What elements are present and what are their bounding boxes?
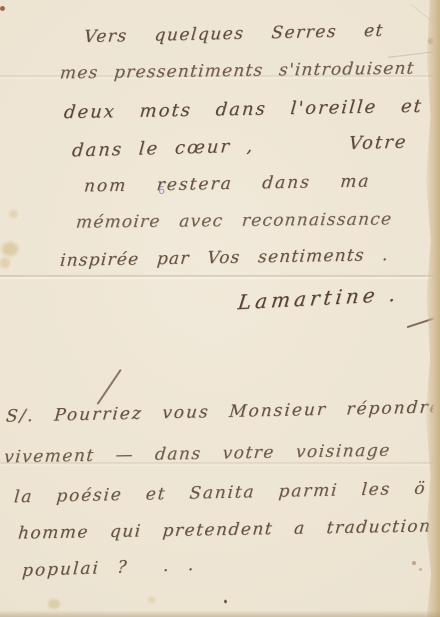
fox-spot bbox=[48, 599, 60, 609]
handwriting-line-4: dans le cœur , Votre bbox=[71, 132, 408, 162]
handwriting-line-3: deux mots dans l'oreille et bbox=[63, 96, 424, 123]
postscript-line-3: la poésie et Sanita parmi les ö bbox=[13, 479, 427, 508]
fox-spot bbox=[0, 6, 5, 11]
handwriting-line-7: inspirée par Vos sentiments . bbox=[59, 245, 390, 271]
fox-spot bbox=[0, 258, 10, 268]
fox-spot bbox=[2, 242, 18, 256]
ink-speck bbox=[223, 599, 227, 603]
fox-spot bbox=[148, 597, 155, 603]
paper-edge-shadow-bottom bbox=[0, 610, 440, 617]
postscript-line-5: populai ? . . bbox=[21, 555, 196, 581]
postscript-line-4: homme qui pretendent a traduction bbox=[17, 516, 432, 543]
pencil-annotation: 6 bbox=[158, 184, 165, 197]
fox-spot bbox=[9, 210, 18, 218]
handwriting-line-6: mémoire avec reconnaissance bbox=[75, 209, 393, 232]
pen-flourish bbox=[97, 369, 122, 405]
handwriting-line-1: Vers quelques Serres et bbox=[83, 21, 385, 47]
fox-spot bbox=[412, 561, 416, 565]
letter-page: Vers quelques Serres et mes pressentimen… bbox=[0, 0, 440, 617]
handwriting-line-2: mes pressentiments s'introduisent bbox=[59, 59, 415, 84]
signature: Lamartine . bbox=[237, 282, 401, 315]
fox-spot bbox=[419, 568, 422, 571]
fold-crease-middle bbox=[0, 275, 440, 279]
postscript-line-1: S/. Pourriez vous Monsieur répondre bbox=[5, 397, 440, 426]
handwriting-line-5: nom restera dans ma bbox=[83, 171, 371, 196]
